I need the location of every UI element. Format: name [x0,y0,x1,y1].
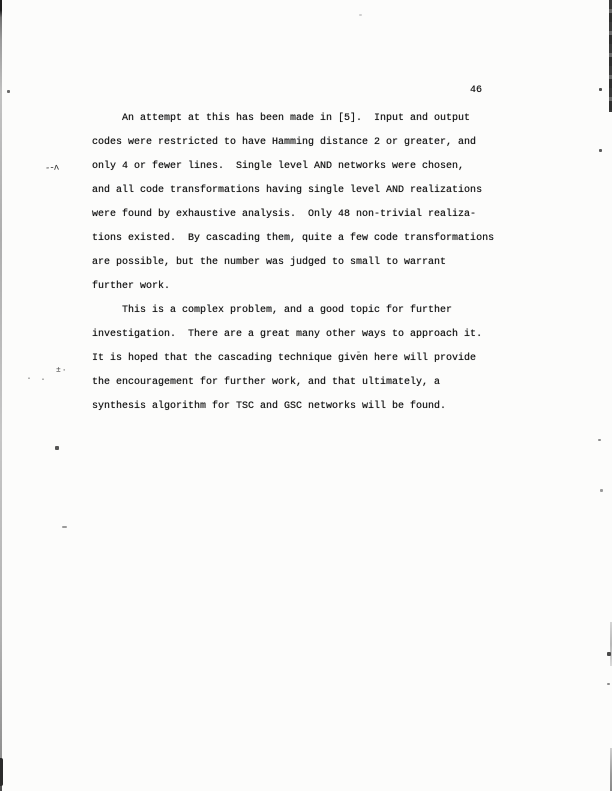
scan-edge-left [0,0,2,791]
margin-pencil-dot: · [26,374,32,385]
paragraph-2: This is a complex problem, and a good to… [92,299,532,419]
text-line: investigation. There are a great many ot… [92,323,532,347]
scan-speck [607,652,611,656]
scan-speck [599,149,602,152]
text-line: synthesis algorithm for TSC and GSC netw… [92,395,532,419]
document-page: 46 An attempt at this has been made in [… [0,0,612,791]
scan-speck [7,90,10,93]
text-line: only 4 or fewer lines. Single level AND … [92,155,532,179]
text-line: tions existed. By cascading them, quite … [92,227,532,251]
text-line: are possible, but the number was judged … [92,251,532,275]
scan-speck [55,446,59,450]
handwritten-insertion-mark: --ʌ [45,163,59,174]
scan-speck [359,14,362,16]
text-line: An attempt at this has been made in [5].… [92,107,532,131]
scan-speck [62,526,67,528]
page-number: 46 [470,85,482,96]
scan-speck [599,88,602,91]
text-line: This is a complex problem, and a good to… [92,299,532,323]
text-line: the encouragement for further work, and … [92,371,532,395]
text-line: codes were restricted to have Hamming di… [92,131,532,155]
scan-speck [600,489,603,492]
text-line: It is hoped that the cascading technique… [92,347,532,371]
body-text: An attempt at this has been made in [5].… [92,107,532,419]
scan-speck [607,683,610,685]
handwritten-pencil-mark: ±· [56,366,68,375]
margin-pencil-dot: · [40,375,46,386]
scan-speck [357,351,360,353]
scan-speck [598,439,601,441]
scan-edge-mark [0,758,3,786]
text-line: and all code transformations having sing… [92,179,532,203]
paragraph-1: An attempt at this has been made in [5].… [92,107,532,299]
text-line: further work. [92,275,532,299]
text-line: were found by exhaustive analysis. Only … [92,203,532,227]
